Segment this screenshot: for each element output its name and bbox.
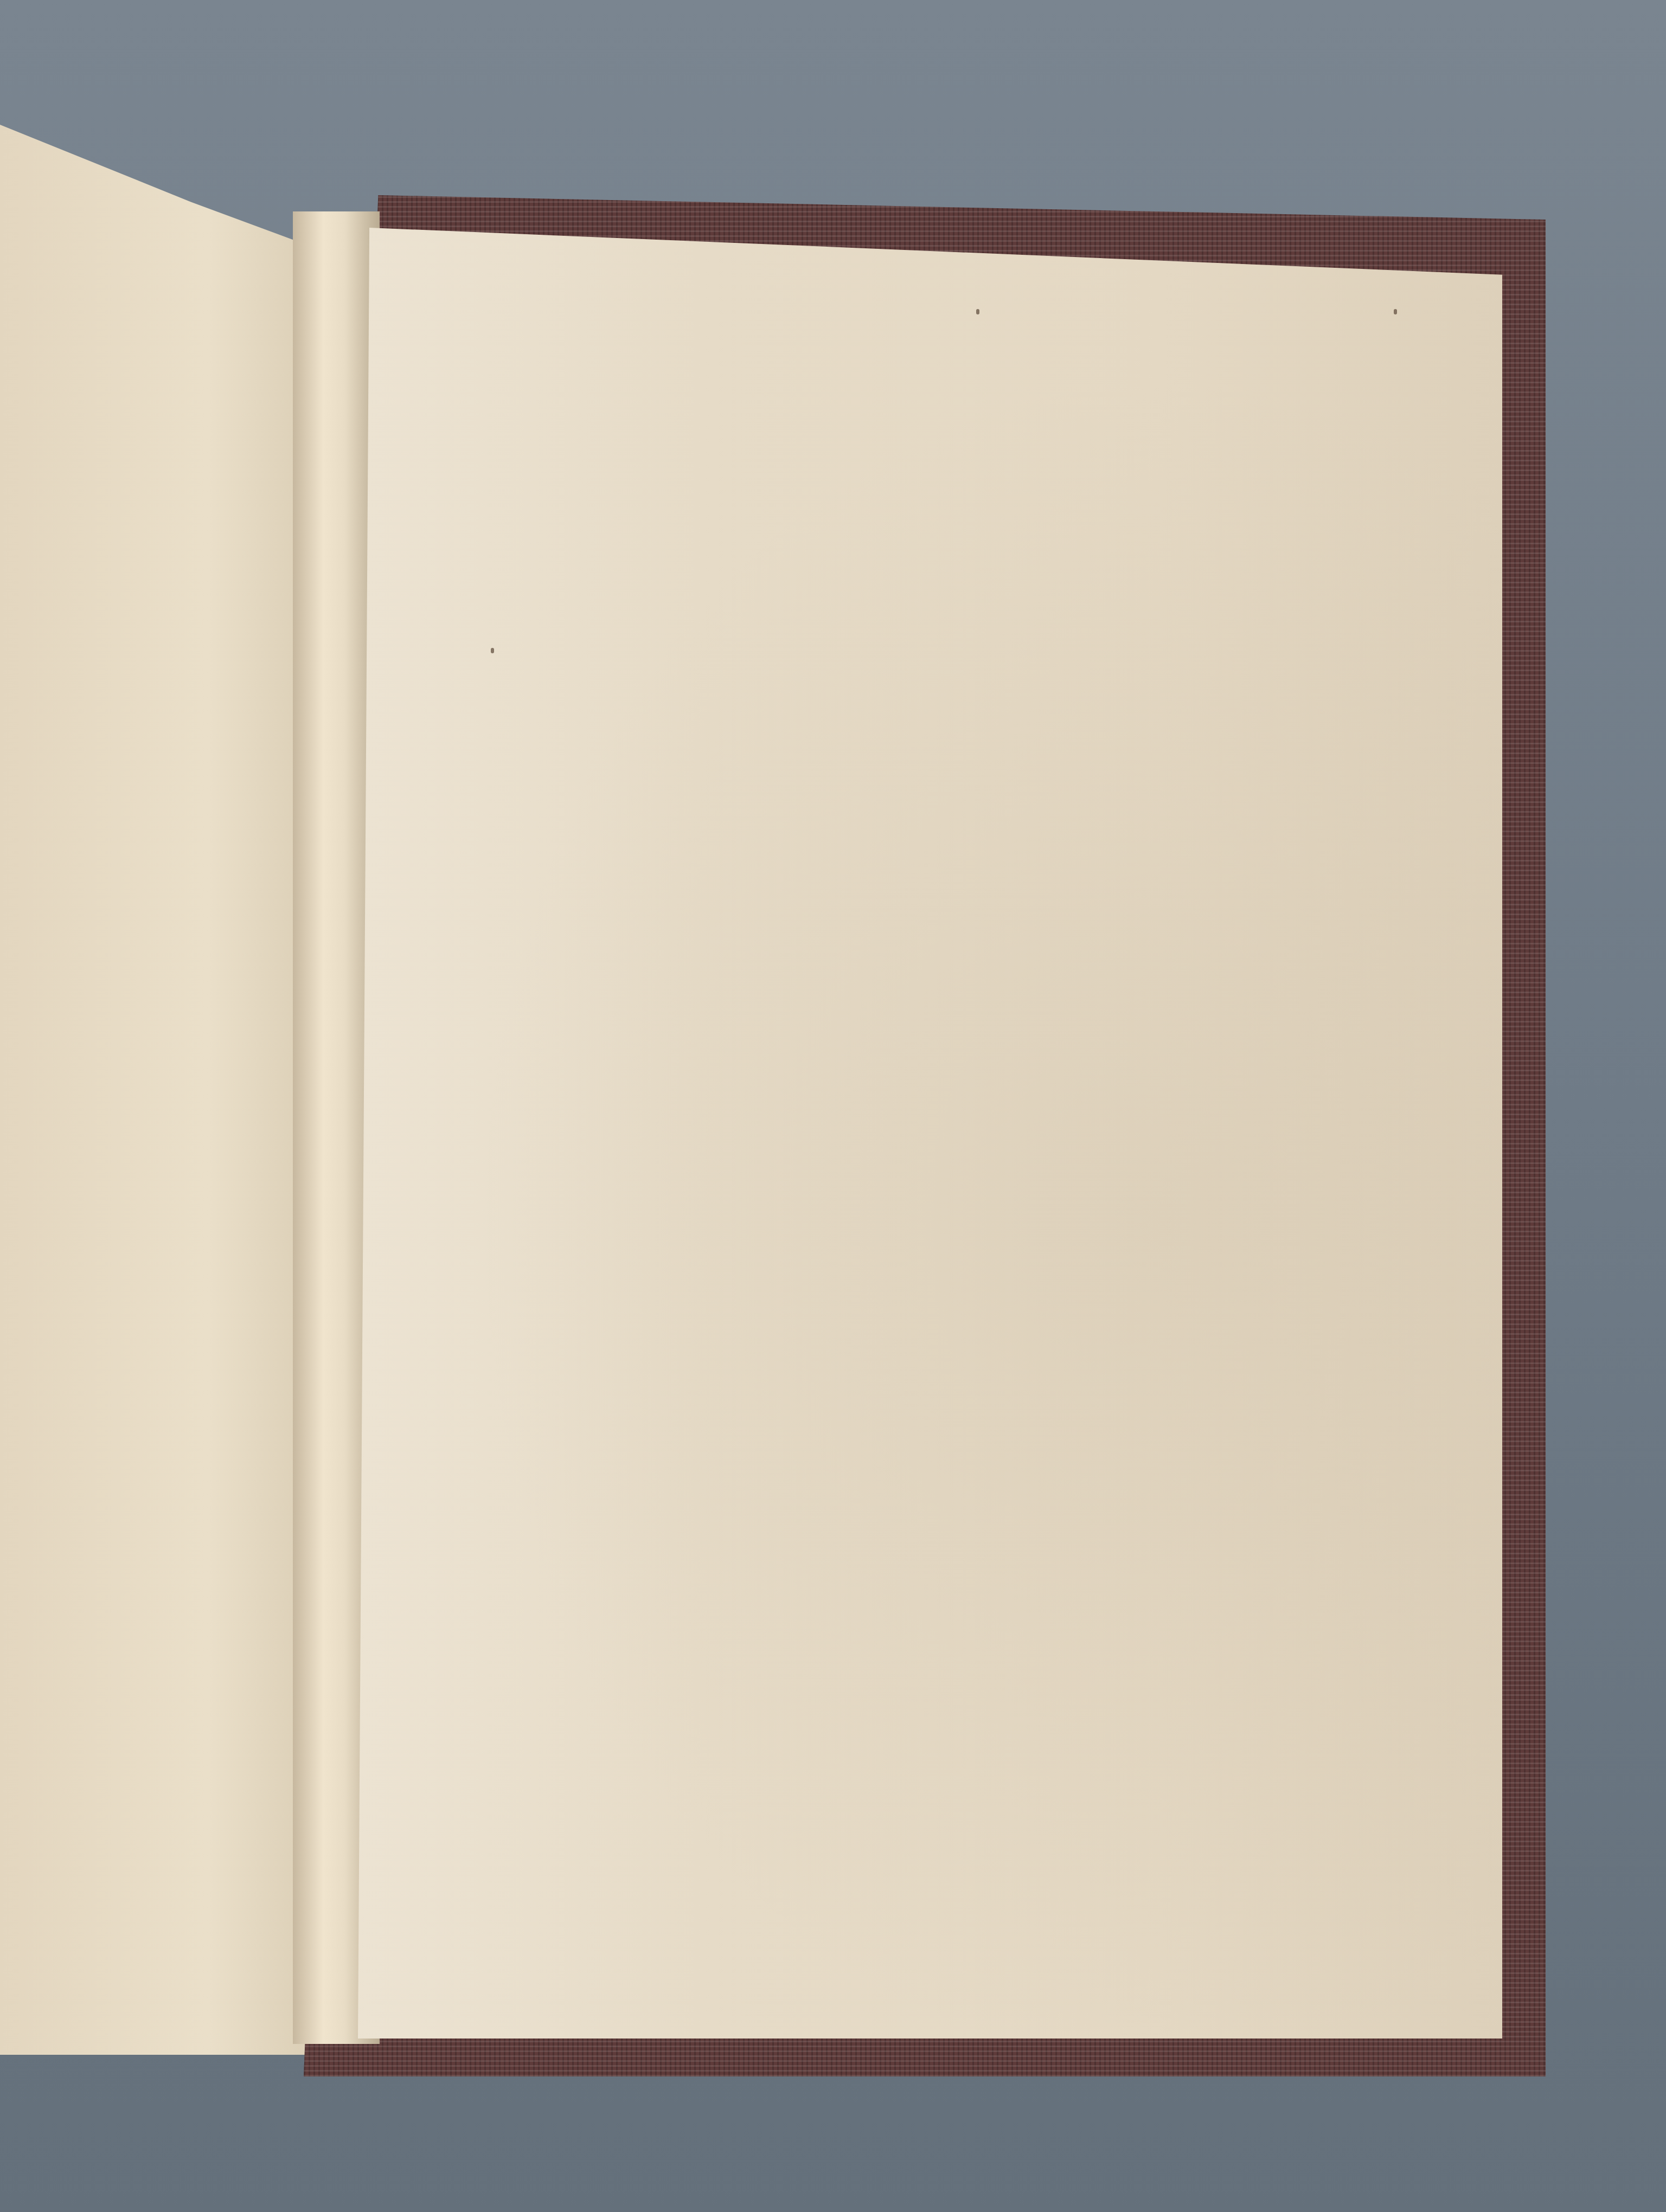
photo-scene — [0, 0, 1666, 2212]
blank-endpaper — [358, 228, 1502, 2039]
paper-speck — [1394, 309, 1397, 314]
paper-speck — [491, 648, 494, 653]
paper-speck — [976, 309, 979, 314]
